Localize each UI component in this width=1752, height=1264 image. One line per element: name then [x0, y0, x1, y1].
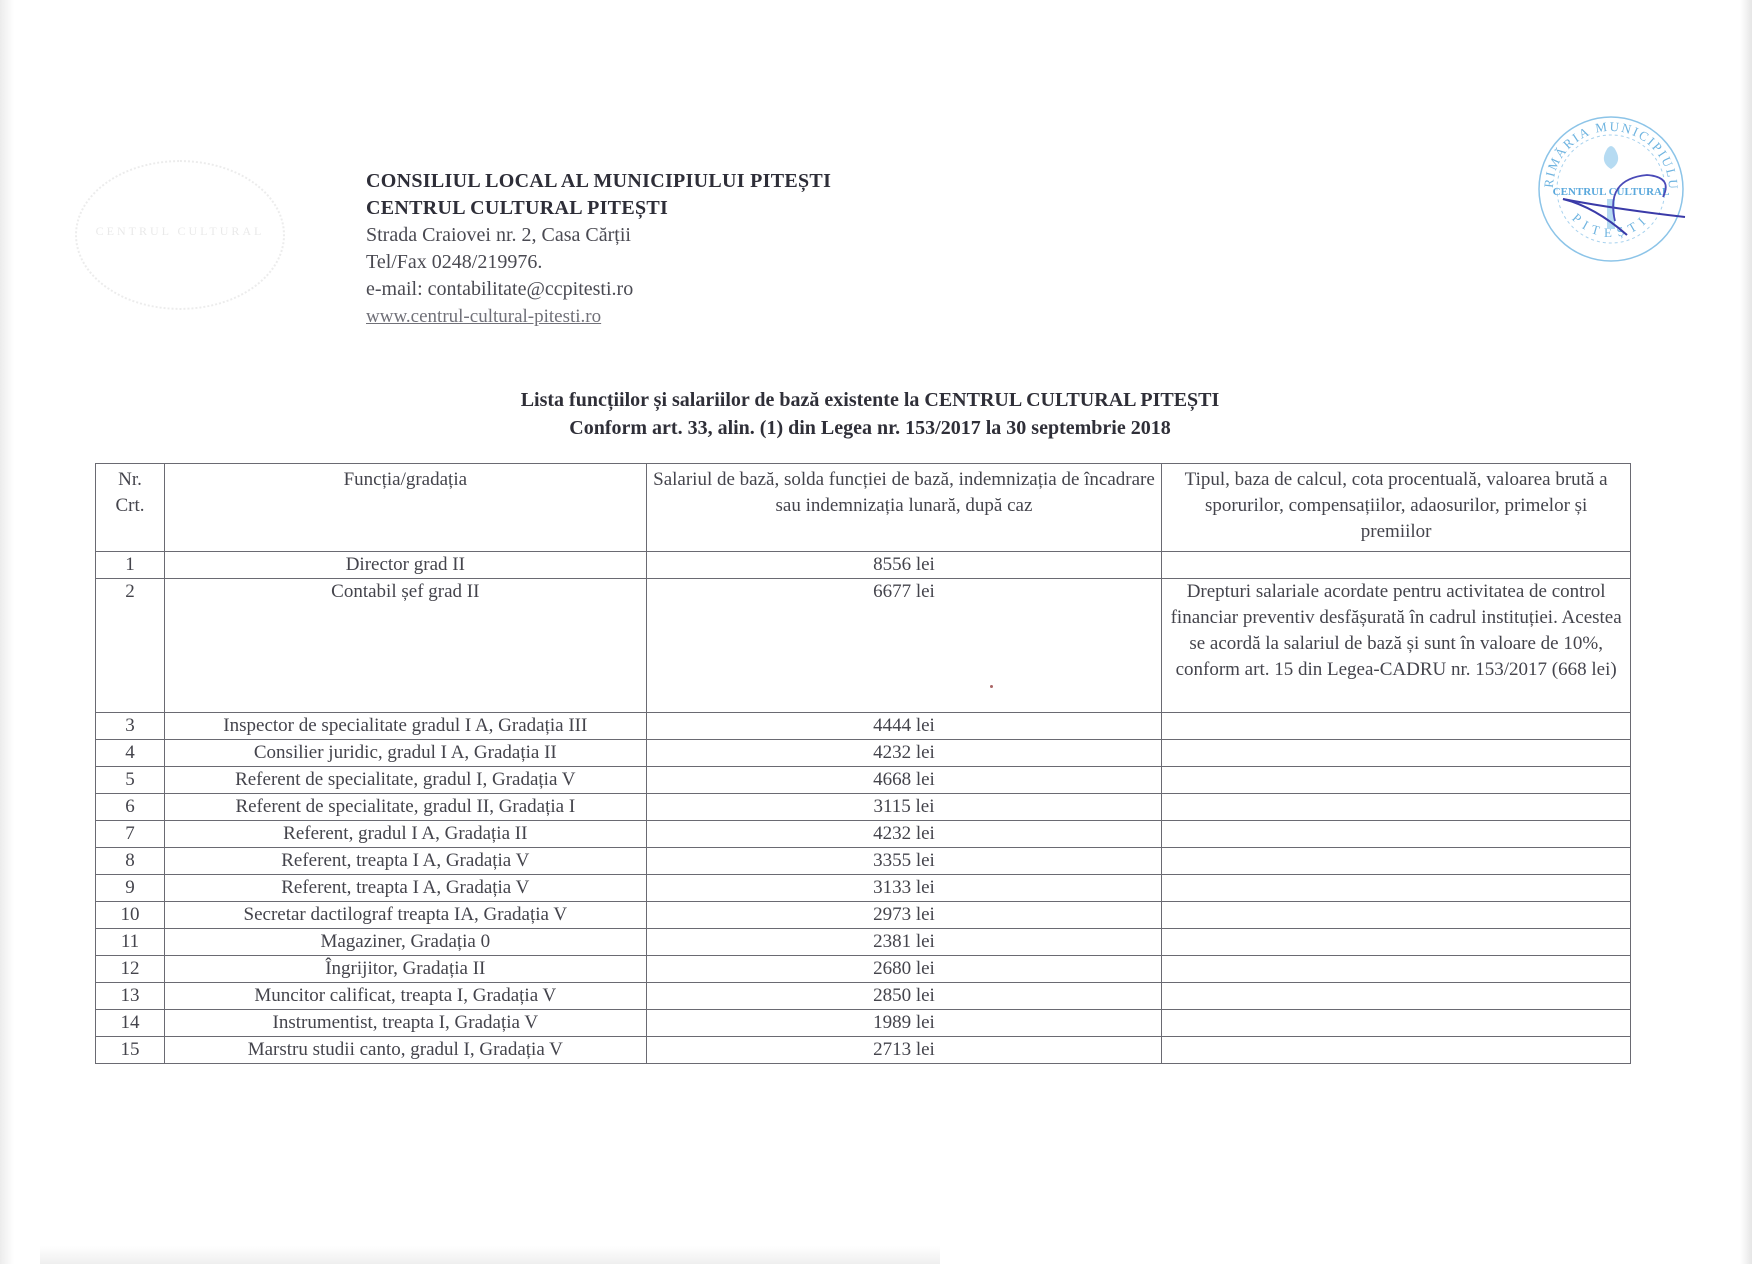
cell-function: Magaziner, Gradația 0: [164, 929, 646, 956]
table-row: 1Director grad II8556 lei: [96, 552, 1631, 579]
cell-function: Muncitor calificat, treapta I, Gradația …: [164, 983, 646, 1010]
table-row: 10Secretar dactilograf treapta IA, Grada…: [96, 902, 1631, 929]
cell-salary: 1989 lei: [646, 1010, 1162, 1037]
cell-nr: 7: [96, 821, 165, 848]
cell-bonuses: [1162, 1010, 1631, 1037]
cell-function: Instrumentist, treapta I, Gradația V: [164, 1010, 646, 1037]
cell-bonuses: [1162, 794, 1631, 821]
table-row: 12Îngrijitor, Gradația II2680 lei: [96, 956, 1631, 983]
table-row: 8Referent, treapta I A, Gradația V3355 l…: [96, 848, 1631, 875]
cell-nr: 4: [96, 740, 165, 767]
cell-function: Marstru studii canto, gradul I, Gradația…: [164, 1037, 646, 1064]
stamp-seal-icon: PRIMĂRIA MUNICIPIULUI PITEȘTI CENTRUL CU…: [1535, 113, 1687, 265]
cell-nr: 10: [96, 902, 165, 929]
phone: Tel/Fax 0248/219976.: [366, 249, 831, 276]
scan-shadow-bottom: [40, 1246, 940, 1264]
cell-function: Consilier juridic, gradul I A, Gradația …: [164, 740, 646, 767]
scan-speck: [990, 685, 993, 688]
cell-function: Referent de specialitate, gradul I, Grad…: [164, 767, 646, 794]
title-line-2: Conform art. 33, alin. (1) din Legea nr.…: [300, 414, 1440, 442]
table-row: 3Inspector de specialitate gradul I A, G…: [96, 713, 1631, 740]
cell-nr: 5: [96, 767, 165, 794]
cell-nr: 6: [96, 794, 165, 821]
letterhead: CONSILIUL LOCAL AL MUNICIPIULUI PITEȘTI …: [366, 168, 831, 330]
cell-bonuses: [1162, 902, 1631, 929]
header-salary: Salariul de bază, solda funcției de bază…: [646, 464, 1162, 552]
faint-stamp-text: CENTRUL CULTURAL: [85, 224, 275, 239]
cell-nr: 1: [96, 552, 165, 579]
cell-bonuses: [1162, 767, 1631, 794]
cell-nr: 9: [96, 875, 165, 902]
cell-salary: 2713 lei: [646, 1037, 1162, 1064]
stamp-center-text: CENTRUL CULTURAL: [1553, 186, 1670, 198]
cell-salary: 4668 lei: [646, 767, 1162, 794]
cell-nr: 2: [96, 579, 165, 713]
table-body: 1Director grad II8556 lei2Contabil șef g…: [96, 552, 1631, 1064]
cell-salary: 4444 lei: [646, 713, 1162, 740]
table-row: 14Instrumentist, treapta I, Gradația V19…: [96, 1010, 1631, 1037]
salary-table: Nr. Crt. Funcția/gradația Salariul de ba…: [95, 463, 1631, 1064]
cell-function: Referent de specialitate, gradul II, Gra…: [164, 794, 646, 821]
cell-bonuses: [1162, 956, 1631, 983]
cell-salary: 4232 lei: [646, 821, 1162, 848]
cell-salary: 8556 lei: [646, 552, 1162, 579]
table-row: 4Consilier juridic, gradul I A, Gradația…: [96, 740, 1631, 767]
cell-function: Referent, treapta I A, Gradația V: [164, 848, 646, 875]
scan-edge-right: [1740, 0, 1752, 1264]
cell-function: Inspector de specialitate gradul I A, Gr…: [164, 713, 646, 740]
cell-salary: 3115 lei: [646, 794, 1162, 821]
cell-bonuses: [1162, 983, 1631, 1010]
cell-nr: 3: [96, 713, 165, 740]
cell-bonuses: [1162, 848, 1631, 875]
cell-bonuses: [1162, 929, 1631, 956]
cell-bonuses: [1162, 1037, 1631, 1064]
header-bonuses: Tipul, baza de calcul, cota procentuală,…: [1162, 464, 1631, 552]
address: Strada Craiovei nr. 2, Casa Cărții: [366, 222, 831, 249]
institution-name: CENTRUL CULTURAL PITEȘTI: [366, 195, 831, 222]
cell-salary: 3355 lei: [646, 848, 1162, 875]
cell-nr: 8: [96, 848, 165, 875]
cell-function: Director grad II: [164, 552, 646, 579]
cell-function: Referent, treapta I A, Gradația V: [164, 875, 646, 902]
cell-bonuses: [1162, 552, 1631, 579]
cell-function: Secretar dactilograf treapta IA, Gradați…: [164, 902, 646, 929]
cell-salary: 2850 lei: [646, 983, 1162, 1010]
council-name: CONSILIUL LOCAL AL MUNICIPIULUI PITEȘTI: [366, 168, 831, 195]
table-row: 11Magaziner, Gradația 02381 lei: [96, 929, 1631, 956]
title-line-1: Lista funcțiilor și salariilor de bază e…: [300, 386, 1440, 414]
document-title: Lista funcțiilor și salariilor de bază e…: [300, 386, 1440, 442]
cell-nr: 15: [96, 1037, 165, 1064]
cell-salary: 6677 lei: [646, 579, 1162, 713]
table-row: 15Marstru studii canto, gradul I, Gradaț…: [96, 1037, 1631, 1064]
table-row: 2Contabil șef grad II6677 leiDrepturi sa…: [96, 579, 1631, 713]
header-function: Funcția/gradația: [164, 464, 646, 552]
table-row: 7Referent, gradul I A, Gradația II4232 l…: [96, 821, 1631, 848]
official-stamp: PRIMĂRIA MUNICIPIULUI PITEȘTI CENTRUL CU…: [1535, 113, 1687, 265]
cell-function: Referent, gradul I A, Gradația II: [164, 821, 646, 848]
table-row: 13Muncitor calificat, treapta I, Gradați…: [96, 983, 1631, 1010]
cell-bonuses: [1162, 713, 1631, 740]
cell-nr: 12: [96, 956, 165, 983]
table-row: 6Referent de specialitate, gradul II, Gr…: [96, 794, 1631, 821]
website-link[interactable]: www.centrul-cultural-pitesti.ro: [366, 303, 831, 330]
table-header-row: Nr. Crt. Funcția/gradația Salariul de ba…: [96, 464, 1631, 552]
cell-function: Contabil șef grad II: [164, 579, 646, 713]
cell-salary: 3133 lei: [646, 875, 1162, 902]
cell-nr: 13: [96, 983, 165, 1010]
cell-function: Îngrijitor, Gradația II: [164, 956, 646, 983]
scan-edge-left: [0, 0, 14, 1264]
header-nr: Nr. Crt.: [96, 464, 165, 552]
cell-salary: 2381 lei: [646, 929, 1162, 956]
email: e-mail: contabilitate@ccpitesti.ro: [366, 276, 831, 303]
cell-salary: 2973 lei: [646, 902, 1162, 929]
faint-stamp-impression: CENTRUL CULTURAL: [75, 160, 285, 310]
cell-salary: 4232 lei: [646, 740, 1162, 767]
cell-bonuses: [1162, 875, 1631, 902]
table-row: 9Referent, treapta I A, Gradația V3133 l…: [96, 875, 1631, 902]
cell-bonuses: Drepturi salariale acordate pentru activ…: [1162, 579, 1631, 713]
cell-bonuses: [1162, 740, 1631, 767]
cell-nr: 14: [96, 1010, 165, 1037]
cell-bonuses: [1162, 821, 1631, 848]
cell-salary: 2680 lei: [646, 956, 1162, 983]
table-row: 5Referent de specialitate, gradul I, Gra…: [96, 767, 1631, 794]
cell-nr: 11: [96, 929, 165, 956]
